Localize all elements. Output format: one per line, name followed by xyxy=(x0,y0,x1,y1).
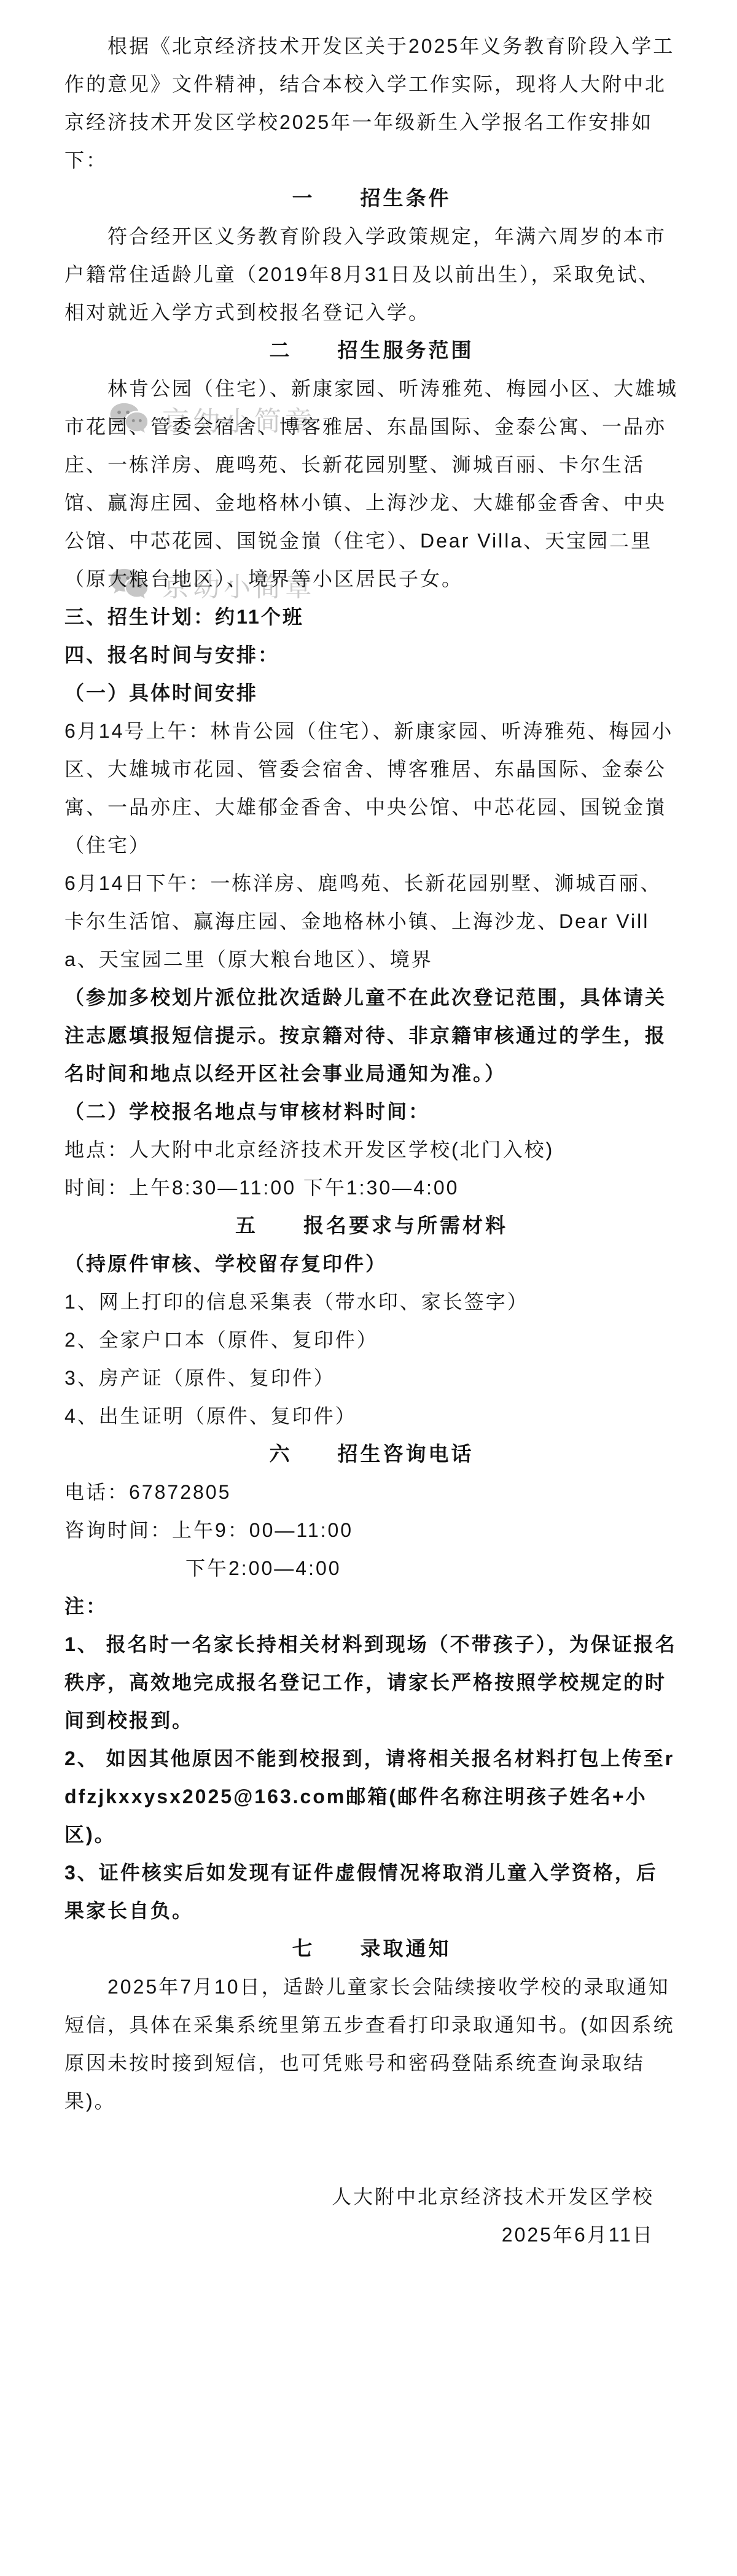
intro-paragraph: 根据《北京经济技术开发区关于2025年义务教育阶段入学工作的意见》文件精神，结合… xyxy=(64,27,679,179)
section4-sub2-heading: （二）学校报名地点与审核材料时间： xyxy=(64,1093,679,1131)
section2-heading: 二 招生服务范围 xyxy=(64,331,679,369)
material-item: 3、房产证（原件、复印件） xyxy=(64,1359,679,1397)
section7-heading: 七 录取通知 xyxy=(64,1930,679,1968)
announcement-page: 京幼小简章 京幼小简章 根据《北京经济技术开发区关于2025年义务教育阶段入学工… xyxy=(0,0,737,2576)
section4-note: （参加多校划片派位批次适龄儿童不在此次登记范围，具体请关注志愿填报短信提示。按京… xyxy=(64,978,679,1093)
section4-time: 时间：上午8:30—11:00 下午1:30—4:00 xyxy=(64,1169,679,1207)
material-item: 1、网上打印的信息采集表（带水印、家长签字） xyxy=(64,1283,679,1321)
section4-morning-schedule: 6月14号上午：林肯公园（住宅）、新康家园、听涛雅苑、梅园小区、大雄城市花园、管… xyxy=(64,712,679,864)
note-item: 3、证件核实后如发现有证件虚假情况将取消儿童入学资格，后果家长自负。 xyxy=(64,1854,679,1930)
signature-school: 人大附中北京经济技术开发区学校 xyxy=(64,2178,654,2216)
signature-block: 人大附中北京经济技术开发区学校 2025年6月11日 xyxy=(64,2178,679,2254)
section5-heading: 五 报名要求与所需材料 xyxy=(64,1207,679,1245)
section6-heading: 六 招生咨询电话 xyxy=(64,1435,679,1473)
material-item: 2、全家户口本（原件、复印件） xyxy=(64,1321,679,1359)
hours-line-morning: 咨询时间：上午9：00—11:00 xyxy=(64,1511,679,1549)
section1-heading: 一 招生条件 xyxy=(64,179,679,217)
section2-body: 林肯公园（住宅）、新康家园、听涛雅苑、梅园小区、大雄城市花园、管委会宿舍、博客雅… xyxy=(64,369,679,598)
material-item: 4、出生证明（原件、复印件） xyxy=(64,1397,679,1435)
section7-body: 2025年7月10日，适龄儿童家长会陆续接收学校的录取通知短信，具体在采集系统里… xyxy=(64,1968,679,2120)
section4-sub1-heading: （一）具体时间安排 xyxy=(64,674,679,712)
note-item: 1、 报名时一名家长持相关材料到现场（不带孩子），为保证报名秩序，高效地完成报名… xyxy=(64,1625,679,1739)
section4-afternoon-schedule: 6月14日下午：一栋洋房、鹿鸣苑、长新花园别墅、浉城百丽、卡尔生活馆、赢海庄园、… xyxy=(64,864,679,978)
signature-date: 2025年6月11日 xyxy=(64,2216,654,2254)
section1-body: 符合经开区义务教育阶段入学政策规定，年满六周岁的本市户籍常住适龄儿童（2019年… xyxy=(64,217,679,331)
section5-note: （持原件审核、学校留存复印件） xyxy=(64,1245,679,1283)
announcement-document: 根据《北京经济技术开发区关于2025年义务教育阶段入学工作的意见》文件精神，结合… xyxy=(0,0,737,2266)
section4-heading: 四、报名时间与安排： xyxy=(64,636,679,674)
note-item: 2、 如因其他原因不能到校报到，请将相关报名材料打包上传至rdfzjkxxysx… xyxy=(64,1739,679,1854)
hours-line-afternoon: 下午2:00—4:00 xyxy=(64,1549,679,1587)
phone-line: 电话：67872805 xyxy=(64,1473,679,1511)
section4-location: 地点：人大附中北京经济技术开发区学校(北门入校) xyxy=(64,1131,679,1169)
notes-label: 注： xyxy=(64,1587,679,1625)
section3-line: 三、招生计划：约11个班 xyxy=(64,598,679,636)
